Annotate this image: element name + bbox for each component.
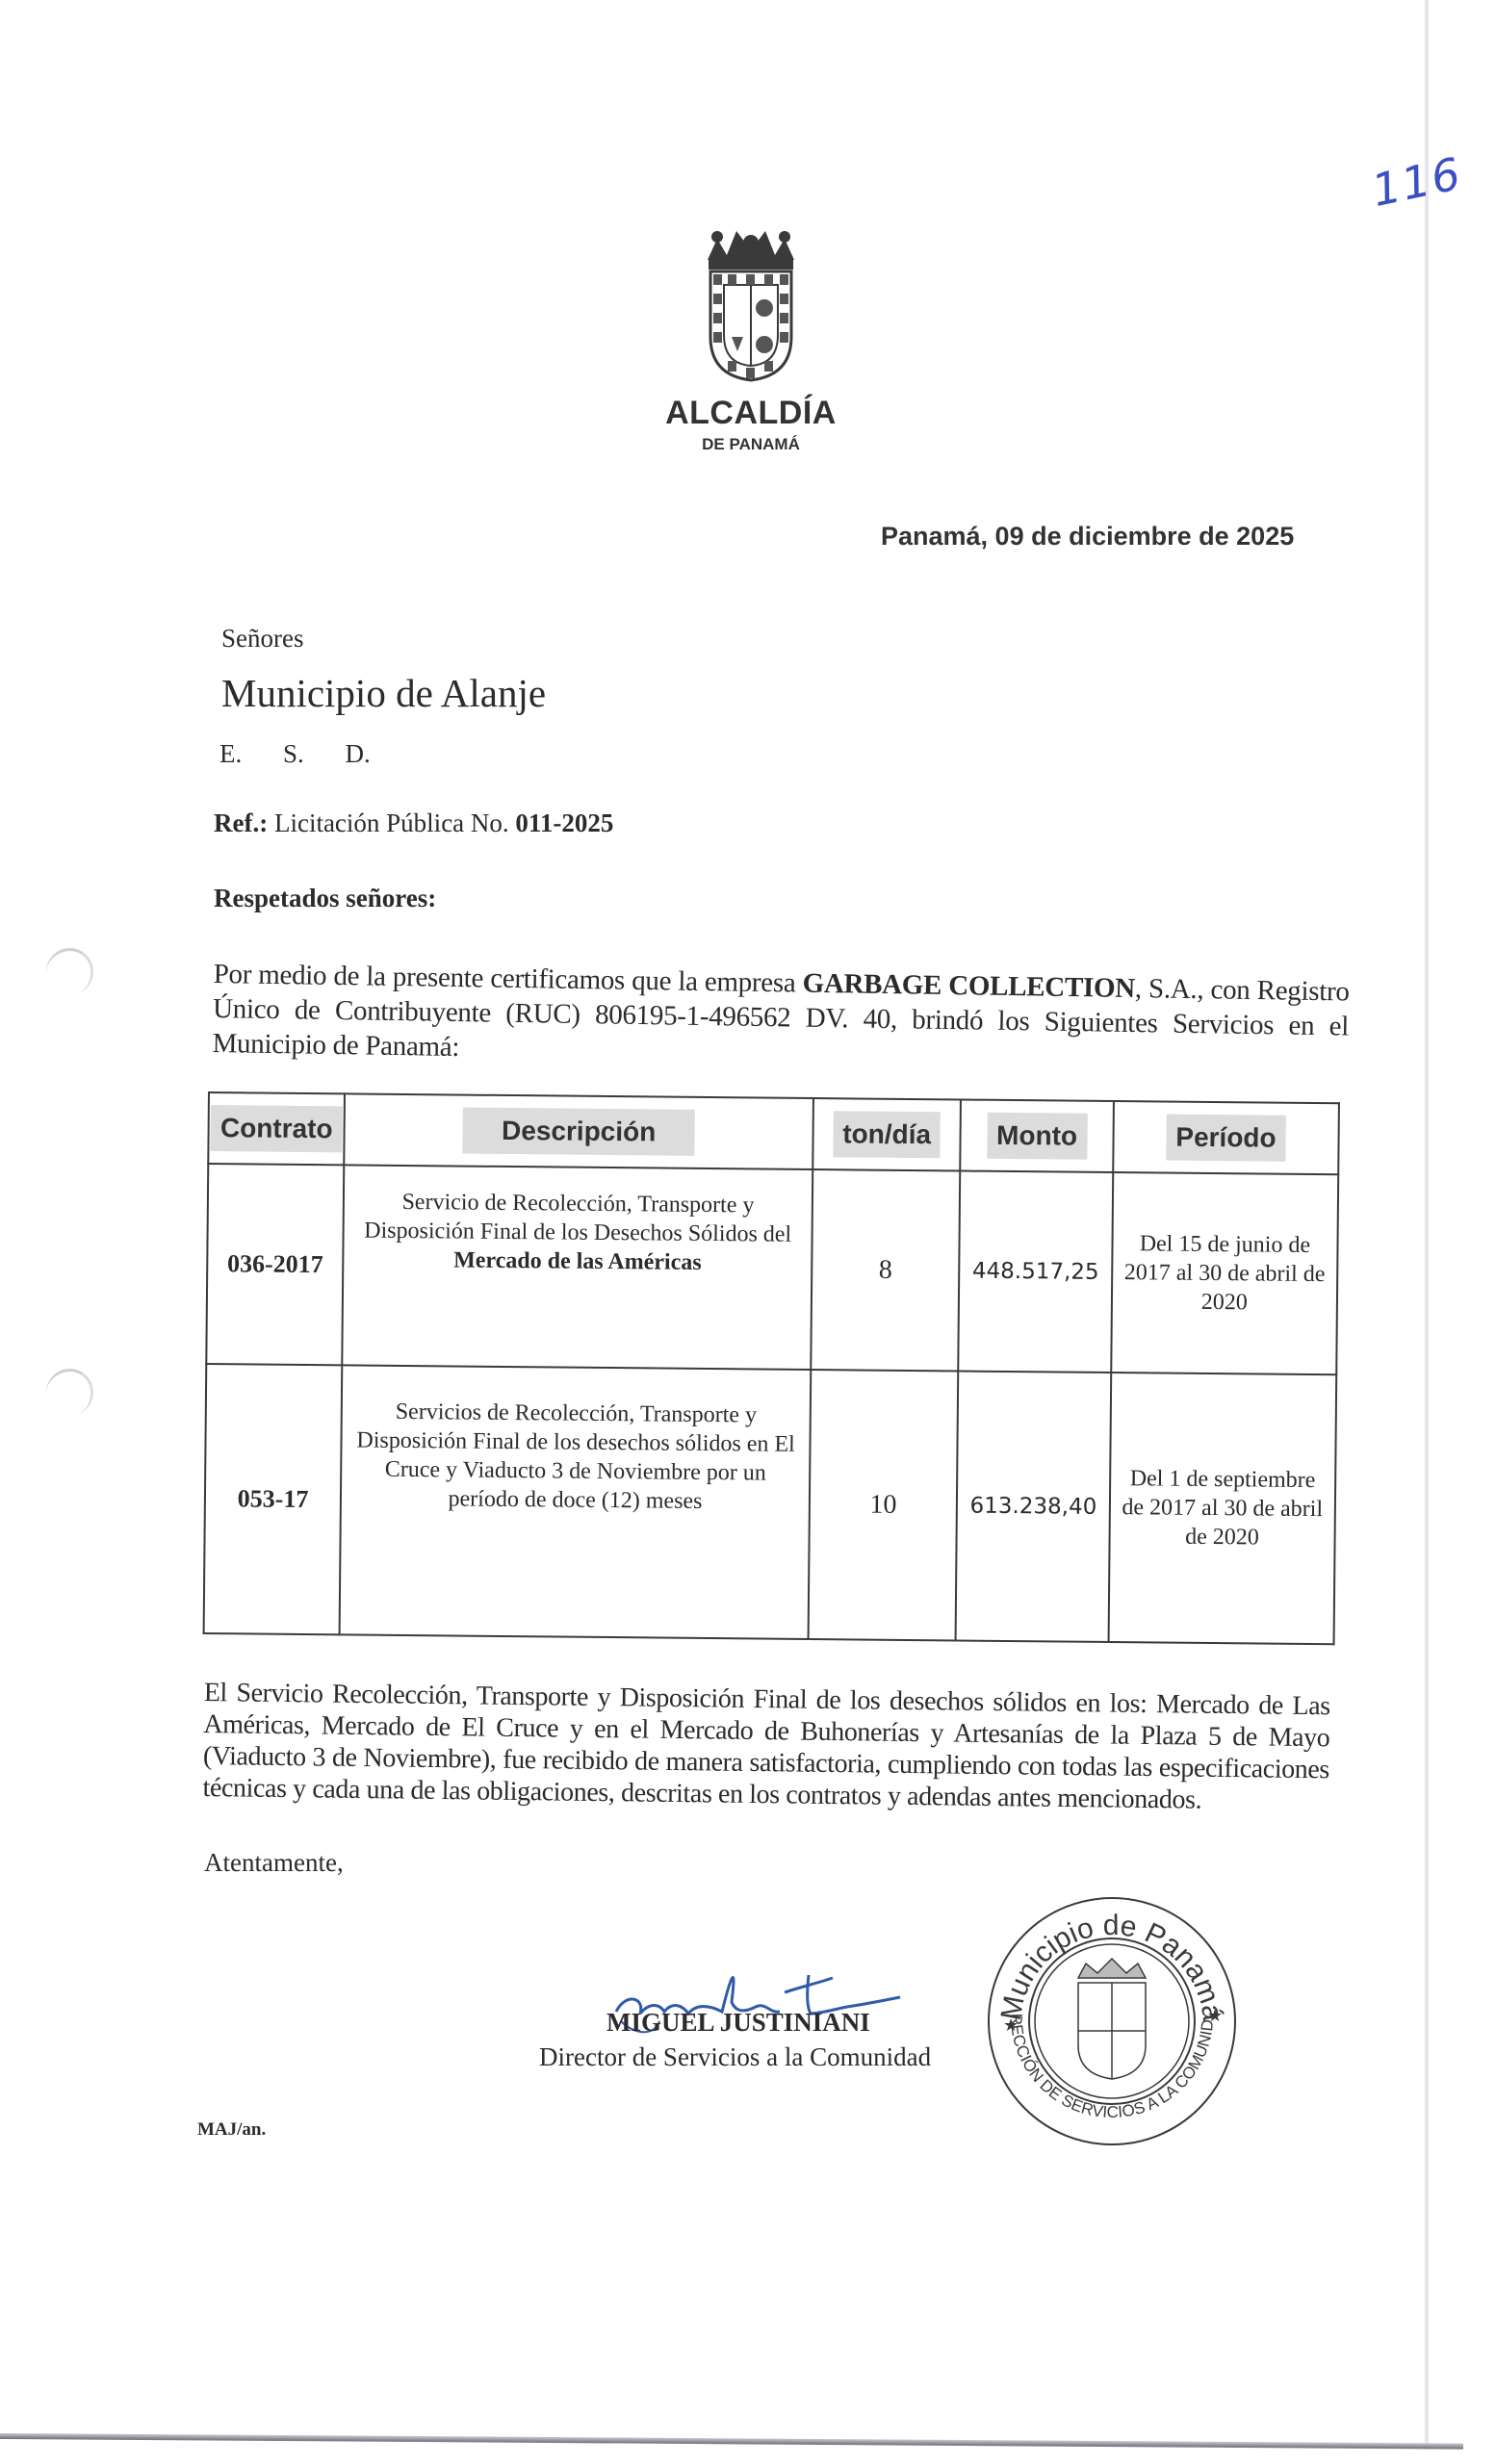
closing-paragraph: El Servicio Recolección, Transporte y Di… (202, 1677, 1330, 1817)
service-description: Servicio de Recolección, Transporte y Di… (343, 1165, 813, 1370)
table-row: 036-2017 Servicio de Recolección, Transp… (206, 1164, 1338, 1374)
coat-of-arms-icon (693, 221, 809, 385)
header-tons: ton/día (812, 1098, 961, 1170)
tons-per-day: 8 (811, 1169, 960, 1371)
signer-name: MIGUEL JUSTINIANI (606, 2008, 870, 2038)
letter-date: Panamá, 09 de diciembre de 2025 (881, 522, 1294, 552)
intro-paragraph: Por medio de la presente certificamos qu… (212, 957, 1350, 1079)
org-subtitle: DE PANAMÁ (635, 435, 866, 454)
punch-hole-icon (42, 944, 97, 999)
contract-number: 053-17 (204, 1364, 343, 1634)
header-description: Descripción (345, 1093, 813, 1169)
reference-label: Ref.: (214, 808, 268, 837)
period: Del 15 de junio de 2017 al 30 de abril d… (1111, 1172, 1338, 1374)
punch-hole-icon (42, 1365, 97, 1420)
amount: 613.238,40 (956, 1371, 1111, 1642)
page-edge (1425, 0, 1429, 2450)
svg-text:★: ★ (1003, 2015, 1019, 2036)
typist-initials: MAJ/an. (197, 2119, 266, 2141)
intro-text: Por medio de la presente certificamos qu… (213, 959, 802, 999)
services-table: Contrato Descripción ton/día Monto Perío… (203, 1091, 1340, 1645)
header-contract: Contrato (208, 1092, 345, 1165)
table-row: 053-17 Servicios de Recolección, Transpo… (204, 1364, 1337, 1644)
header-amount: Monto (961, 1100, 1114, 1173)
org-name: ALCALDÍA (635, 395, 866, 432)
page-number-annotation: 116 (1367, 147, 1466, 217)
contract-number: 036-2017 (206, 1164, 344, 1365)
svg-text:★: ★ (1207, 2006, 1223, 2026)
recipient-name: Municipio de Alanje (221, 670, 546, 716)
official-stamp-icon: Municipio de Panamá DIRECCIÓN DE SERVICI… (982, 1891, 1242, 2156)
page-bottom-edge (0, 2433, 1463, 2450)
service-description: Servicios de Recolección, Transporte y D… (340, 1365, 811, 1639)
header-period: Período (1113, 1101, 1339, 1174)
signer-title: Director de Servicios a la Comunidad (539, 2042, 931, 2072)
greeting: Respetados señores: (214, 884, 436, 913)
sign-off: Atentamente, (204, 1848, 344, 1878)
reference-line: Ref.: Licitación Pública No. 011-2025 (214, 808, 613, 838)
tons-per-day: 10 (808, 1370, 958, 1640)
reference-text: Licitación Pública No. (274, 808, 509, 837)
reference-number: 011-2025 (515, 808, 613, 837)
esd-line: E. S. D. (219, 739, 371, 769)
table-header-row: Contrato Descripción ton/día Monto Perío… (208, 1092, 1339, 1174)
amount: 448.517,25 (959, 1171, 1113, 1373)
company-name: GARBAGE COLLECTION (802, 968, 1135, 1004)
period: Del 1 de septiembre de 2017 al 30 de abr… (1108, 1373, 1336, 1644)
salutation-to: Señores (221, 624, 303, 654)
